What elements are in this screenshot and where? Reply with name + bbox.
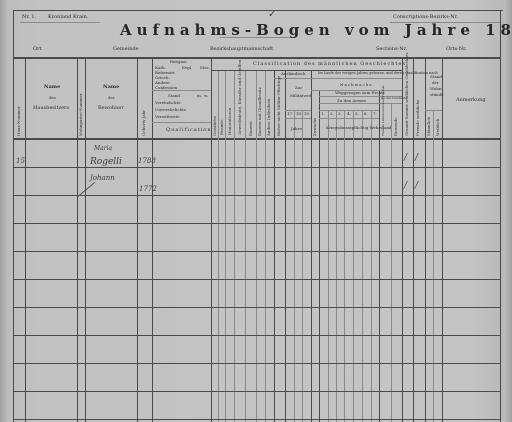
- row-divider: [13, 223, 501, 224]
- entry-check[interactable]: /: [415, 182, 418, 191]
- entry-bewohner-first[interactable]: Maria: [94, 146, 112, 152]
- geburtsjahr-header: Geburts-Jahr: [142, 110, 146, 136]
- col-divider: [319, 90, 320, 422]
- col-divider: [211, 58, 212, 422]
- entry-check[interactable]: /: [415, 154, 418, 163]
- right-border: [500, 10, 501, 422]
- col-divider: [402, 58, 403, 422]
- title-underline: [220, 37, 290, 38]
- entry-bewohner-last[interactable]: Rogelli: [90, 158, 122, 167]
- col-divider: [137, 58, 138, 422]
- entry-geburtsjahr[interactable]: 1788: [138, 158, 156, 165]
- bewohner-header-2: der: [108, 96, 115, 100]
- col-divider: [152, 58, 153, 422]
- wohnpartei-header: Wohnpartei-Nummer: [79, 98, 83, 136]
- row-divider: [13, 391, 501, 392]
- religion-header: Religion: [170, 60, 187, 64]
- anmerkung-header: Anmerkung: [456, 98, 486, 103]
- col-divider: [25, 58, 26, 422]
- row-divider: [13, 251, 501, 252]
- form-title: Aufnahms-Bogen vom Jahre 18: [120, 23, 512, 38]
- bezirk-label: Bezirkshauptmannschaft: [210, 47, 273, 52]
- hausbesitzer-header-3: Hausbesitzers: [33, 106, 69, 111]
- table-top-border: [13, 57, 501, 59]
- header-bottom-border: [13, 138, 501, 140]
- check-mark-icon: ✓: [268, 10, 276, 20]
- row-divider: [13, 307, 501, 308]
- ausland-header: Ausländisch: [281, 72, 305, 76]
- bewohner-header-3: Bewohner: [98, 106, 124, 111]
- region-underline: [20, 22, 100, 23]
- qualification-header: Qualification: [166, 128, 212, 133]
- row-divider: [13, 419, 501, 420]
- hausbesitzer-header-2: des: [49, 96, 56, 100]
- row-divider: [13, 279, 501, 280]
- col-divider: [442, 58, 443, 422]
- conscription-district-label: Conscriptions-Bezirks-Nr.: [393, 15, 458, 20]
- census-form-page: Nr. 1. Kronland Krain. Aufnahms-Bogen vo…: [0, 0, 512, 422]
- entry-check[interactable]: /: [404, 182, 407, 191]
- region-label: Kronland Krain.: [48, 15, 88, 20]
- row-divider: [13, 195, 501, 196]
- row-divider: [13, 335, 501, 336]
- top-border: [13, 10, 503, 11]
- haus-nummer-header: Haus-Nummer: [17, 108, 21, 136]
- row-divider: [13, 167, 501, 168]
- form-number: Nr. 1.: [22, 15, 36, 20]
- entry-check[interactable]: /: [404, 154, 407, 163]
- classification-header: Classification des männlichen Geschlecht…: [253, 62, 406, 67]
- col-divider: [413, 58, 414, 422]
- orts-label: Orts-Nr.: [446, 47, 467, 52]
- col-divider: [425, 58, 426, 422]
- section-label: Sections-Nr.: [376, 47, 407, 52]
- left-border: [13, 10, 14, 422]
- conscription-underline: [390, 22, 500, 23]
- col-divider: [85, 58, 86, 422]
- ort-label: Ort: [33, 47, 42, 52]
- stand-header: Stand: [168, 94, 180, 98]
- col-divider: [379, 90, 380, 422]
- entry-geburtsjahr[interactable]: 1772: [139, 186, 157, 193]
- col-divider: [285, 70, 286, 422]
- row-divider: [13, 363, 501, 364]
- col-divider: [274, 70, 275, 422]
- entry-haus-nummer[interactable]: 15: [16, 158, 25, 165]
- bewohner-header-1: Name: [103, 85, 119, 90]
- hausbesitzer-header-1: Name: [44, 85, 60, 90]
- gemeinde-label: Gemeinde: [113, 47, 139, 52]
